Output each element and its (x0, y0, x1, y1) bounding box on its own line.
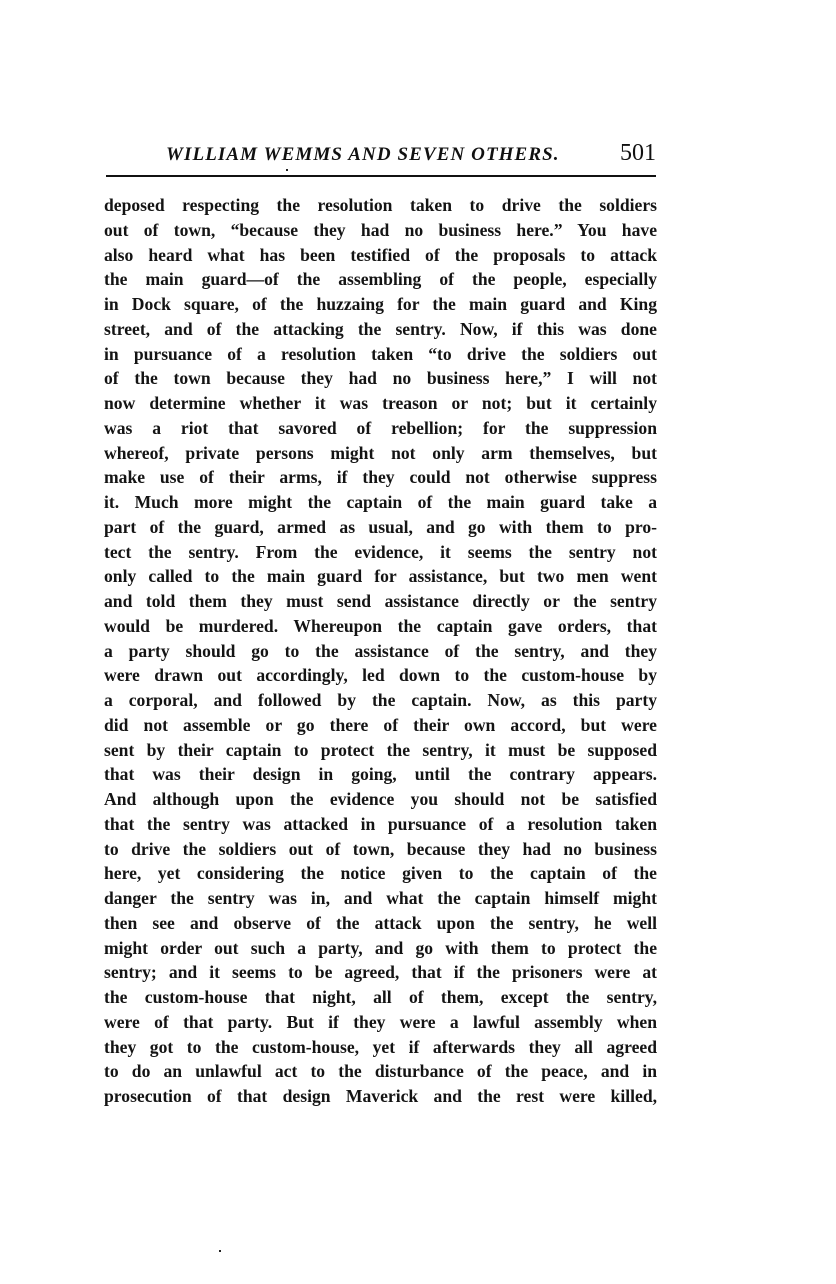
text-line: a party should go to the assistance of t… (104, 639, 657, 664)
text-line: was a riot that savored of rebellion; fo… (104, 416, 657, 441)
text-line: street, and of the attacking the sentry.… (104, 317, 657, 342)
text-line: sentry; and it seems to be agreed, that … (104, 960, 657, 985)
body-text: deposed respecting the resolution taken … (104, 193, 657, 1109)
text-line: a corporal, and followed by the captain.… (104, 688, 657, 713)
speck-mark (219, 1250, 221, 1252)
text-line: here, yet considering the notice given t… (104, 861, 657, 886)
text-line: might order out such a party, and go wit… (104, 936, 657, 961)
text-line: it. Much more might the captain of the m… (104, 490, 657, 515)
text-line: would be murdered. Whereupon the captain… (104, 614, 657, 639)
text-line: only called to the main guard for assist… (104, 564, 657, 589)
text-line: in Dock square, of the huzzaing for the … (104, 292, 657, 317)
book-page: WILLIAM WEMMS AND SEVEN OTHERS. 501 depo… (0, 0, 836, 1284)
text-line: did not assemble or go there of their ow… (104, 713, 657, 738)
text-line: that the sentry was attacked in pursuanc… (104, 812, 657, 837)
page-number: 501 (620, 140, 656, 167)
text-line: then see and observe of the attack upon … (104, 911, 657, 936)
text-line: to drive the soldiers out of town, becau… (104, 837, 657, 862)
header-rule (106, 175, 656, 177)
speck-mark (286, 169, 288, 171)
text-line: whereof, private persons might not only … (104, 441, 657, 466)
text-line: And although upon the evidence you shoul… (104, 787, 657, 812)
text-line: and told them they must send assistance … (104, 589, 657, 614)
text-line: they got to the custom-house, yet if aft… (104, 1035, 657, 1060)
running-head: WILLIAM WEMMS AND SEVEN OTHERS. 501 (104, 140, 658, 170)
text-line: deposed respecting the resolution taken … (104, 193, 657, 218)
text-line: prosecution of that design Maverick and … (104, 1084, 657, 1109)
running-title: WILLIAM WEMMS AND SEVEN OTHERS. (166, 144, 560, 166)
text-line: make use of their arms, if they could no… (104, 465, 657, 490)
text-line: in pursuance of a resolution taken “to d… (104, 342, 657, 367)
text-line: the custom-house that night, all of them… (104, 985, 657, 1010)
text-line: also heard what has been testified of th… (104, 243, 657, 268)
text-line: of the town because they had no business… (104, 366, 657, 391)
text-line: to do an unlawful act to the disturbance… (104, 1059, 657, 1084)
text-line: that was their design in going, until th… (104, 762, 657, 787)
text-line: tect the sentry. From the evidence, it s… (104, 540, 657, 565)
text-line: were of that party. But if they were a l… (104, 1010, 657, 1035)
text-line: now determine whether it was treason or … (104, 391, 657, 416)
text-line: danger the sentry was in, and what the c… (104, 886, 657, 911)
text-line: out of town, “because they had no busine… (104, 218, 657, 243)
text-line: were drawn out accordingly, led down to … (104, 663, 657, 688)
text-line: part of the guard, armed as usual, and g… (104, 515, 657, 540)
text-line: the main guard—of the assembling of the … (104, 267, 657, 292)
text-line: sent by their captain to protect the sen… (104, 738, 657, 763)
